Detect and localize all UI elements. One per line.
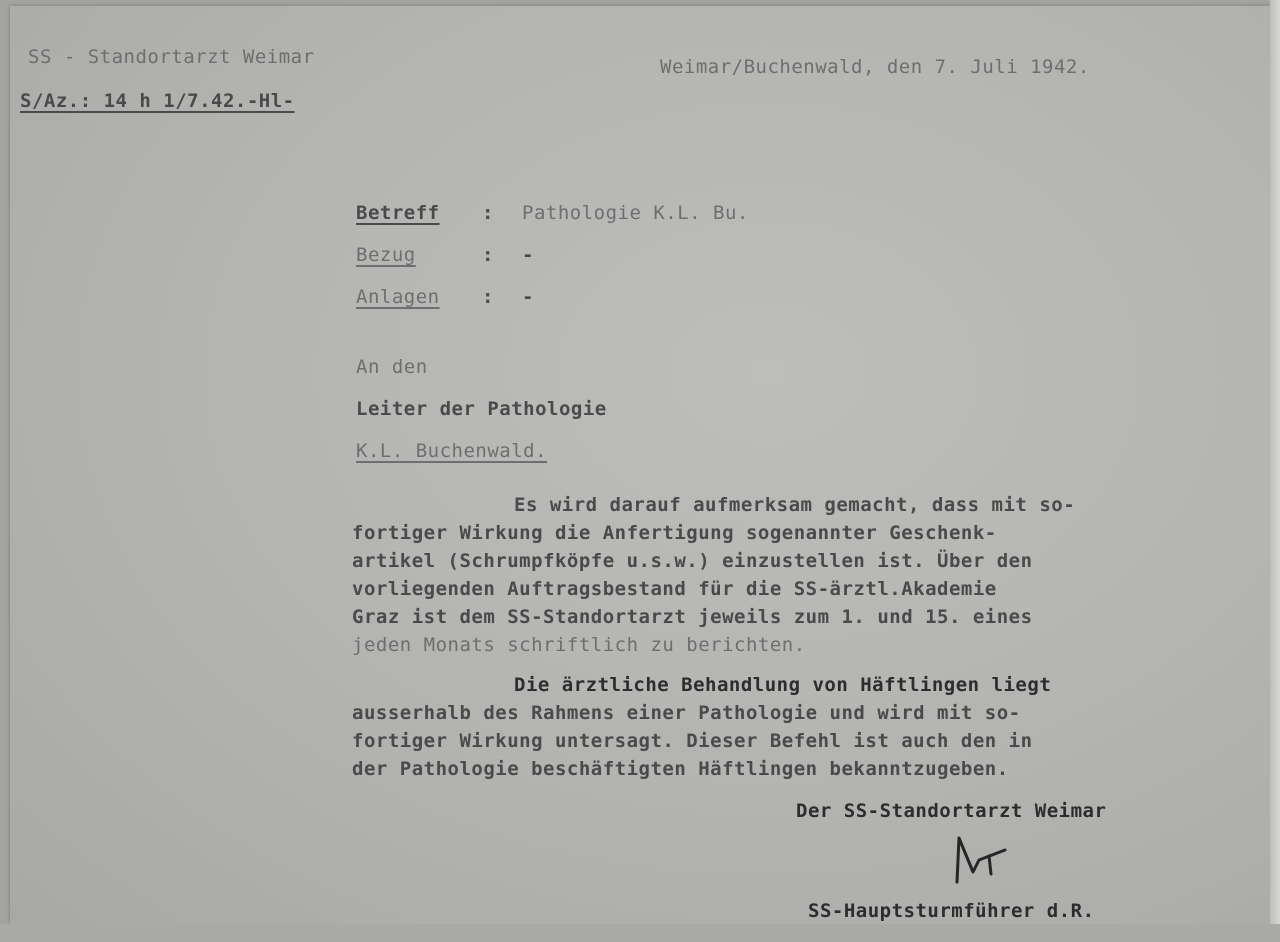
recipient-line-3: K.L. Buchenwald. (356, 442, 547, 461)
paragraph-1-line: jeden Monats schriftlich zu berichten. (352, 636, 806, 655)
reference-label: Bezug (356, 246, 416, 265)
recipient-line-2: Leiter der Pathologie (356, 400, 607, 419)
subject-value: Pathologie K.L. Bu. (522, 204, 749, 223)
paper-edge (1270, 0, 1280, 942)
sender-line: SS - Standortarzt Weimar (28, 48, 315, 67)
signature-icon (945, 826, 1035, 886)
subject-separator: : (482, 204, 494, 223)
paragraph-1-line: vorliegenden Auftragsbestand für die SS-… (352, 580, 997, 599)
photo-bottom-margin (0, 924, 1280, 942)
paragraph-1-line: Graz ist dem SS-Standortarzt jeweils zum… (352, 608, 1033, 627)
paragraph-1-line: Es wird darauf aufmerksam gemacht, dass … (514, 496, 1075, 515)
reference-number: S/Az.: 14 h 1/7.42.-Hl- (20, 92, 295, 111)
paragraph-1-line: fortiger Wirkung die Anfertigung sogenan… (352, 524, 997, 543)
reference-separator: : (482, 246, 494, 265)
signatory-title: Der SS-Standortarzt Weimar (796, 802, 1106, 821)
recipient-line-1: An den (356, 358, 428, 377)
paragraph-2-line: fortiger Wirkung untersagt. Dieser Befeh… (352, 732, 1033, 751)
enclosures-value: - (522, 288, 534, 307)
paragraph-1-line: artikel (Schrumpfköpfe u.s.w.) einzustel… (352, 552, 1033, 571)
enclosures-separator: : (482, 288, 494, 307)
paragraph-2-line: ausserhalb des Rahmens einer Pathologie … (352, 704, 1021, 723)
enclosures-label: Anlagen (356, 288, 440, 307)
subject-label: Betreff (356, 204, 440, 223)
paragraph-2-line: Die ärztliche Behandlung von Häftlingen … (514, 676, 1051, 695)
reference-value: - (522, 246, 534, 265)
place-date: Weimar/Buchenwald, den 7. Juli 1942. (660, 58, 1090, 77)
signatory-rank: SS-Hauptsturmführer d.R. (808, 902, 1095, 921)
paragraph-2-line: der Pathologie beschäftigten Häftlingen … (352, 760, 1009, 779)
paper-sheet (10, 6, 1272, 924)
